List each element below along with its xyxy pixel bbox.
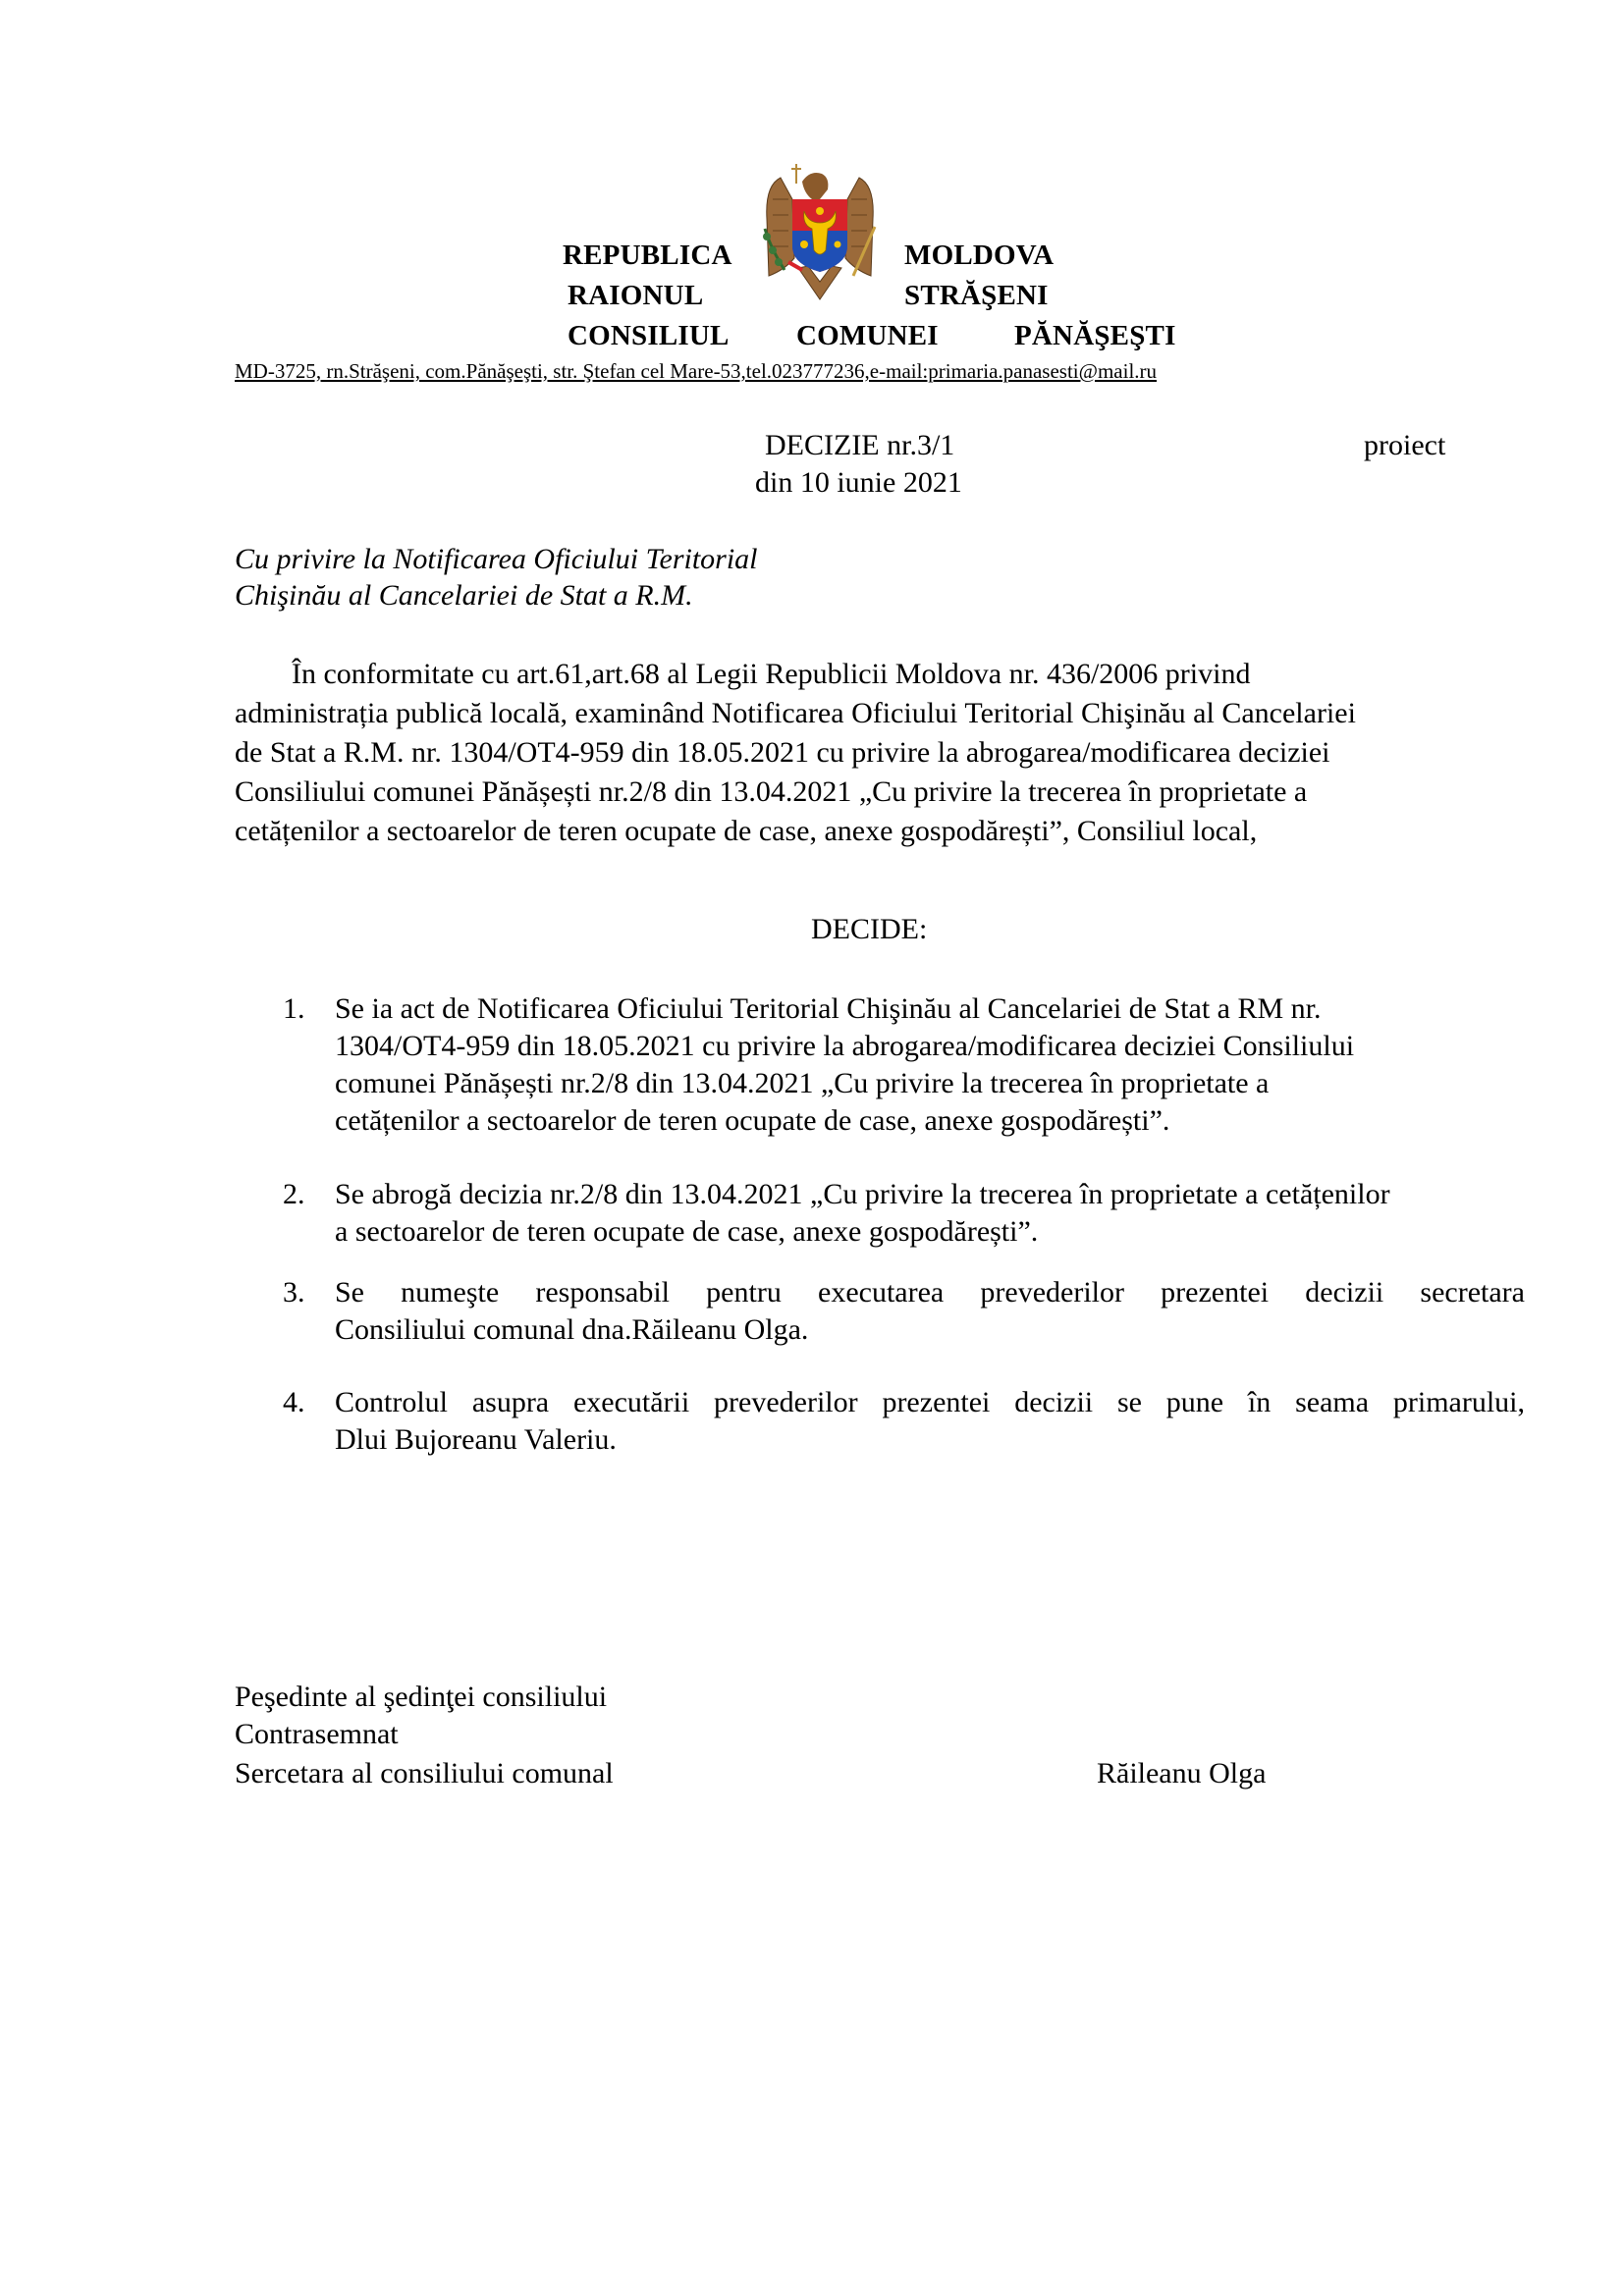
preamble-paragraph: În conformitate cu art.61,art.68 al Legi… [235, 655, 1526, 851]
item-number: 2. [283, 1176, 305, 1213]
item-line: Dlui Bujoreanu Valeriu. [335, 1421, 1525, 1459]
item-number: 3. [283, 1274, 305, 1311]
item-line: Controlul asupra executării prevederilor… [335, 1384, 1525, 1421]
header-raionul: RAIONUL [568, 280, 703, 312]
item-line: Se ia act de Notificarea Oficiului Terit… [335, 990, 1525, 1028]
header-panasesti: PĂNĂŞEŞTI [1014, 320, 1176, 352]
item-line: Consiliului comunal dna.Răileanu Olga. [335, 1311, 1525, 1349]
item-line: a sectoarelor de teren ocupate de case, … [335, 1213, 1525, 1251]
preamble-line: În conformitate cu art.61,art.68 al Legi… [235, 655, 1526, 694]
decide-heading: DECIDE: [811, 913, 927, 946]
header-straseni: STRĂŞENI [904, 280, 1049, 312]
item-line: cetățenilor a sectoarelor de teren ocupa… [335, 1102, 1525, 1140]
preamble-line: cetățenilor a sectoarelor de teren ocupa… [235, 812, 1526, 851]
item-line: Se abrogă decizia nr.2/8 din 13.04.2021 … [335, 1176, 1525, 1213]
header-moldova: MOLDOVA [904, 240, 1054, 272]
signature-secretary-label: Sercetara al consiliului comunal [235, 1757, 614, 1790]
item-line: comunei Pănășești nr.2/8 din 13.04.2021 … [335, 1065, 1525, 1102]
item-line: 1304/OT4-959 din 18.05.2021 cu privire l… [335, 1028, 1525, 1065]
preamble-line: de Stat a R.M. nr. 1304/OT4-959 din 18.0… [235, 733, 1526, 773]
decision-status: proiect [1364, 429, 1445, 462]
signature-secretary-name: Răileanu Olga [1097, 1757, 1266, 1790]
item-number: 1. [283, 990, 305, 1028]
signature-president-label: Peşedinte al şedinţei consiliului [235, 1681, 607, 1714]
moldova-coat-of-arms-icon [759, 160, 881, 301]
decision-title: DECIZIE nr.3/1 [765, 429, 954, 462]
subject-line-1: Cu privire la Notificarea Oficiului Teri… [235, 543, 758, 576]
decision-date: din 10 iunie 2021 [755, 466, 962, 500]
header-consiliul: CONSILIUL [568, 320, 730, 352]
item-number: 4. [283, 1384, 305, 1421]
contact-address-line: MD-3725, rn.Străşeni, com.Pănăşeşti, str… [235, 359, 1157, 384]
item-line: Se numeşte responsabil pentru executarea… [335, 1274, 1525, 1311]
preamble-line: Consiliului comunei Pănășești nr.2/8 din… [235, 773, 1526, 812]
signature-countersigned-label: Contrasemnat [235, 1718, 399, 1751]
header-republica: REPUBLICA [563, 240, 732, 272]
header-comunei: COMUNEI [796, 320, 939, 352]
preamble-line: administrația publică locală, examinând … [235, 694, 1526, 733]
subject-line-2: Chişinău al Cancelariei de Stat a R.M. [235, 579, 693, 613]
